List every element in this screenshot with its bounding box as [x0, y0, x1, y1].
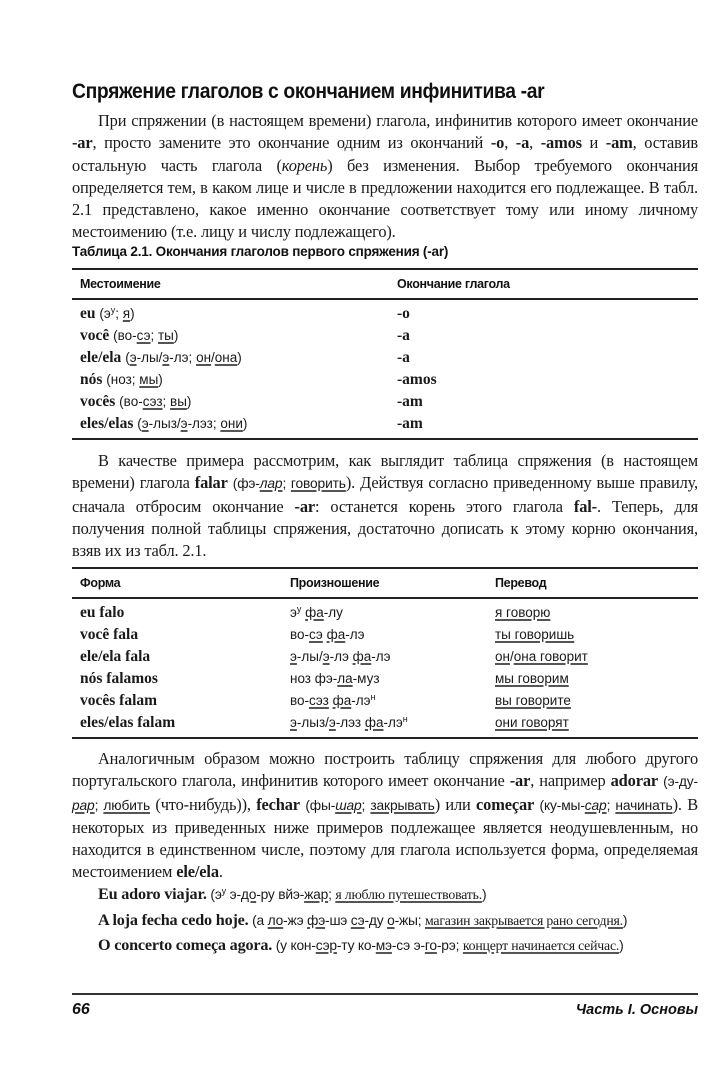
- table-row: eu faloэу фа-луя говорю: [72, 598, 698, 624]
- footer-divider: [72, 993, 698, 995]
- pronoun-cell: você (во-сэ; ты): [72, 325, 389, 347]
- translation-cell: я говорю: [487, 598, 698, 624]
- running-footer-title: Часть I. Основы: [576, 1002, 698, 1018]
- pronunciation-cell: во-сэ фа-лэ: [282, 624, 487, 646]
- pronoun-cell: vocês (во-сэз; вы): [72, 391, 389, 413]
- table-header-row: Местоимение Окончание глагола: [72, 269, 698, 299]
- table-row: eles/elas (э-лыз/э-лэз; они)-am: [72, 413, 698, 439]
- translation-cell: они говорят: [487, 712, 698, 738]
- table-row: nós falamosноз фэ-ла-музмы говорим: [72, 668, 698, 690]
- ending-cell: -amos: [389, 369, 698, 391]
- column-header: Перевод: [487, 568, 698, 598]
- ending-cell: -am: [389, 413, 698, 439]
- example-sentences: Eu adoro viajar. (эу э-до-ру вйэ-жар; я …: [98, 879, 708, 959]
- table-row: eu (эу; я)-o: [72, 299, 698, 325]
- pronunciation-cell: эу фа-лу: [282, 598, 487, 624]
- example-sentence: Eu adoro viajar. (эу э-до-ру вйэ-жар; я …: [98, 879, 708, 908]
- form-cell: nós falamos: [72, 668, 282, 690]
- table-row: nós (ноз; мы)-amos: [72, 369, 698, 391]
- translation-cell: он/она говорит: [487, 646, 698, 668]
- pronoun-cell: eles/elas (э-лыз/э-лэз; они): [72, 413, 389, 439]
- form-cell: ele/ela fala: [72, 646, 282, 668]
- table-row: vocês (во-сэз; вы)-am: [72, 391, 698, 413]
- table-row: eles/elas falamэ-лыз/э-лэз фа-лэнони гов…: [72, 712, 698, 738]
- column-header: Окончание глагола: [389, 269, 698, 299]
- ending-cell: -a: [389, 325, 698, 347]
- table-row: você falaво-сэ фа-лэты говоришь: [72, 624, 698, 646]
- pronoun-cell: eu (эу; я): [72, 299, 389, 325]
- table-row: ele/ela falaэ-лы/э-лэ фа-лэон/она говори…: [72, 646, 698, 668]
- table-row: ele/ela (э-лы/э-лэ; он/она)-a: [72, 347, 698, 369]
- pronoun-cell: nós (ноз; мы): [72, 369, 389, 391]
- table-row: vocês falamво-сэз фа-лэнвы говорите: [72, 690, 698, 712]
- pronunciation-cell: ноз фэ-ла-муз: [282, 668, 487, 690]
- example-sentence: A loja fecha cedo hoje. (а ло-жэ фэ-шэ с…: [98, 908, 708, 934]
- translation-cell: вы говорите: [487, 690, 698, 712]
- pronunciation-cell: э-лыз/э-лэз фа-лэн: [282, 712, 487, 738]
- column-header: Местоимение: [72, 269, 389, 299]
- table-row: você (во-сэ; ты)-a: [72, 325, 698, 347]
- table-caption: Таблица 2.1. Окончания глаголов первого …: [72, 244, 448, 259]
- example-paragraph: В качестве примера рассмотрим, как выгля…: [72, 450, 698, 562]
- column-header: Форма: [72, 568, 282, 598]
- endings-table: Местоимение Окончание глагола eu (эу; я)…: [72, 268, 698, 440]
- conjugation-table: Форма Произношение Перевод eu faloэу фа-…: [72, 567, 698, 739]
- form-cell: vocês falam: [72, 690, 282, 712]
- column-header: Произношение: [282, 568, 487, 598]
- page-number: 66: [72, 1001, 90, 1019]
- pronunciation-cell: во-сэз фа-лэн: [282, 690, 487, 712]
- intro-paragraph: При спряжении (в настоящем времени) глаг…: [72, 110, 698, 244]
- form-cell: eu falo: [72, 598, 282, 624]
- pronunciation-cell: э-лы/э-лэ фа-лэ: [282, 646, 487, 668]
- translation-cell: мы говорим: [487, 668, 698, 690]
- book-page: Спряжение глаголов с окончанием инфинити…: [0, 0, 728, 1080]
- pronoun-cell: ele/ela (э-лы/э-лэ; он/она): [72, 347, 389, 369]
- form-cell: você fala: [72, 624, 282, 646]
- form-cell: eles/elas falam: [72, 712, 282, 738]
- ending-cell: -am: [389, 391, 698, 413]
- section-heading: Спряжение глаголов с окончанием инфинити…: [72, 80, 544, 104]
- example-sentence: O concerto começa agora. (у кон-сэр-ту к…: [98, 933, 708, 959]
- ending-cell: -a: [389, 347, 698, 369]
- translation-cell: ты говоришь: [487, 624, 698, 646]
- ending-cell: -o: [389, 299, 698, 325]
- table-header-row: Форма Произношение Перевод: [72, 568, 698, 598]
- analogy-paragraph: Аналогичным образом можно построить табл…: [72, 748, 698, 884]
